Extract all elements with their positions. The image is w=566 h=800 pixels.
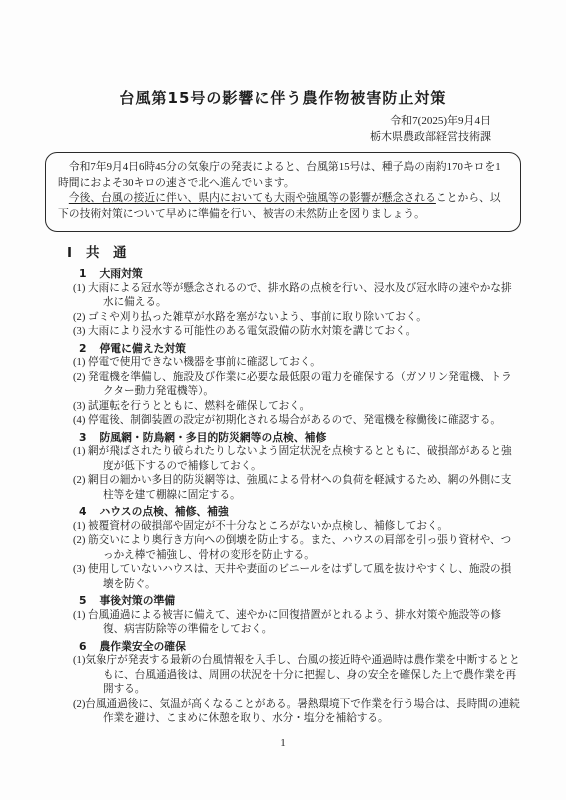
section-number: 3 (79, 431, 87, 444)
section-item: (3) 試運転を行うとともに、燃料を確保しておく。 (73, 400, 521, 415)
section-heading-2: 2停電に備えた対策 (79, 342, 521, 357)
section-item: (3) 大雨により浸水する可能性のある電気設備の防水対策を講じておく。 (73, 325, 521, 340)
section-heading-5: 5事後対策の準備 (79, 594, 521, 609)
section-heading-3: 3防風網・防鳥網・多目的防災網等の点検、補修 (79, 431, 521, 446)
section-number: 5 (79, 594, 87, 607)
chapter-heading: Ⅰ共 通 (67, 245, 521, 262)
section-title: 防風網・防鳥網・多目的防災網等の点検、補修 (100, 431, 327, 444)
document-page: 台風第15号の影響に伴う農作物被害防止対策 令和7(2025)年9月4日 栃木県… (0, 0, 566, 800)
section-number: 4 (79, 505, 87, 518)
notice-paragraph-2: 今後、台風の接近に伴い、県内においても大雨や強風等の影響が懸念されることから、以… (58, 191, 508, 222)
page-title: 台風第15号の影響に伴う農作物被害防止対策 (45, 88, 521, 108)
section-number: 6 (79, 640, 87, 653)
section-title: 事後対策の準備 (100, 594, 176, 607)
section-item: (2) 筋交いにより奥行き方向への倒壊を防止する。また、ハウスの肩部を引っ張り資… (73, 534, 521, 563)
section-item: (2) ゴミや刈り払った雑草が水路を塞がないよう、事前に取り除いておく。 (73, 311, 521, 326)
section-heading-4: 4ハウスの点検、補修、補強 (79, 505, 521, 520)
section-number: 1 (79, 267, 87, 280)
issuer-line: 栃木県農政部経営技術課 (45, 129, 491, 145)
section-item: (2)台風通過後に、気温が高くなることがある。暑熱環境下で作業を行う場合は、長時… (73, 698, 521, 727)
notice-paragraph-1: 令和7年9月4日6時45分の気象庁の発表によると、台風第15号は、種子島の南約1… (58, 160, 508, 191)
section-item: (1) 大雨による冠水等が懸念されるので、排水路の点検を行い、浸水及び冠水時の速… (73, 282, 521, 311)
chapter-numeral: Ⅰ (67, 245, 72, 261)
section-item: (2) 網目の細かい多目的防災網等は、強風による骨材への負荷を軽減するため、網の… (73, 474, 521, 503)
section-item: (1) 網が飛ばされたり破られたりしないよう固定状況を点検するとともに、破損部が… (73, 445, 521, 474)
section-title: 停電に備えた対策 (100, 342, 186, 355)
section-title: 農作業安全の確保 (100, 640, 186, 653)
section-title: 大雨対策 (100, 267, 143, 280)
section-heading-1: 1大雨対策 (79, 267, 521, 282)
section-title: ハウスの点検、補修、補強 (100, 505, 229, 518)
section-item: (2) 発電機を準備し、施設及び作業に必要な最低限の電力を確保する（ガソリン発電… (73, 371, 521, 400)
section-item: (4) 停電後、制御装置の設定が初期化される場合があるので、発電機を稼働後に確認… (73, 414, 521, 429)
notice-box: 令和7年9月4日6時45分の気象庁の発表によると、台風第15号は、種子島の南約1… (45, 152, 521, 232)
section-item: (3) 使用していないハウスは、天井や妻面のビニールをはずして風を抜けやすくし、… (73, 563, 521, 592)
section-heading-6: 6農作業安全の確保 (79, 640, 521, 655)
document-meta: 令和7(2025)年9月4日 栃木県農政部経営技術課 (45, 113, 521, 145)
page-number: 1 (45, 736, 521, 750)
section-item: (1)気象庁が発表する最新の台風情報を入手し、台風の接近時や通過時は農作業を中断… (73, 654, 521, 698)
notice-underlined-text: 今後、台風の接近に伴い、県内においても大雨や強風等の影響が懸念される (69, 192, 436, 204)
section-number: 2 (79, 342, 87, 355)
section-item: (1) 台風通過による被害に備えて、速やかに回復措置がとれるよう、排水対策や施設… (73, 609, 521, 638)
section-item: (1) 被覆資材の破損部や固定が不十分なところがないか点検し、補修しておく。 (73, 520, 521, 535)
date-line: 令和7(2025)年9月4日 (45, 113, 491, 129)
chapter-title: 共 通 (86, 245, 127, 261)
section-item: (1) 停電で使用できない機器を事前に確認しておく。 (73, 356, 521, 371)
